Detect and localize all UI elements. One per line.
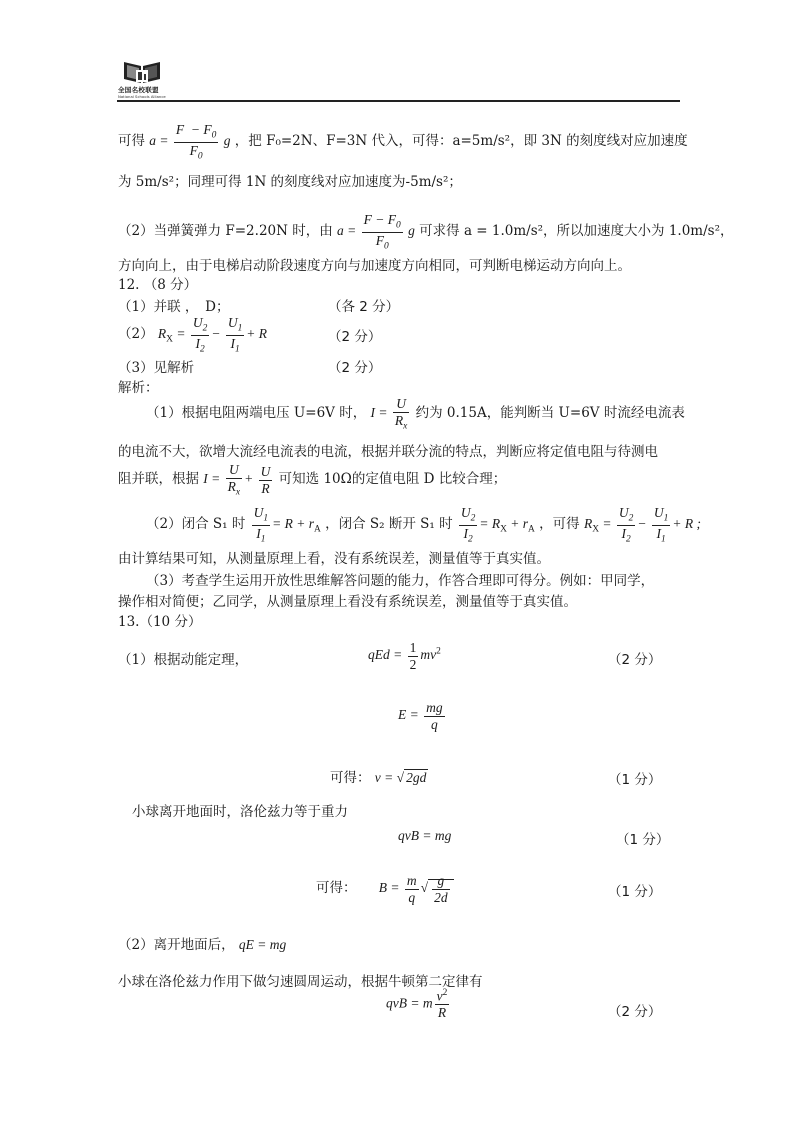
- q11-line2: 为 5m/s²；同理可得 1N 的刻度线对应加速度为-5m/s²；: [118, 170, 462, 190]
- q11-part2-line2: 方向向上，由于电梯启动阶段速度方向与加速度方向相同，可判断电梯运动方向向上。: [118, 254, 631, 274]
- eq3-line: 可得： v = √2gd: [330, 766, 428, 786]
- q13-part2: （2）离开地面后， qE = mg: [118, 933, 286, 953]
- q11-line1-text: ，把 F₀=2N、F=3N 代入，可得：a=5m/s²，即 3N 的刻度线对应加…: [235, 133, 688, 149]
- q13-part1-label: （1）根据动能定理，: [118, 648, 248, 668]
- eq5-line: 可得： B = mq√g2d: [316, 873, 454, 905]
- logo-en-text: National Schools Alliance: [118, 94, 166, 99]
- eq-field: E = mgq: [398, 700, 447, 732]
- q12-analysis-p3-line1: （3）考查学生运用开放性思维解答问题的能力，作答合理即可得分。例如：甲同学，: [146, 569, 654, 589]
- eq-kinetic-energy: qEd = 12mv2: [368, 640, 441, 672]
- analysis-label: 解析：: [118, 376, 159, 396]
- q13-title: 13.（10 分）: [118, 610, 201, 630]
- q12-analysis-p1-line3: 阻并联，根据 I = URx+ UR 可知选 10Ω的定值电阻 D 比较合理；: [118, 462, 506, 498]
- formula-accel-2: a = F − F0F0 g: [337, 223, 415, 238]
- logo: 全国名校联盟 National Schools Alliance: [118, 58, 166, 102]
- text-circular-motion: 小球在洛伦兹力作用下做匀速圆周运动，根据牛顿第二定律有: [118, 970, 483, 990]
- q12-analysis-p2: （2）闭合 S₁ 时 U1I1= R + rA ，闭合 S₂ 断开 S₁ 时 U…: [146, 505, 701, 545]
- formula-accel: a = F − F0F0 g: [149, 133, 230, 148]
- eq3-score: （1 分）: [608, 768, 661, 788]
- q12-title: 12. （8 分）: [118, 273, 197, 293]
- book-logo-icon: [122, 58, 162, 84]
- q12-answer-1: （1）并联 ， D；: [118, 295, 229, 315]
- q11-part2: （2）当弹簧弹力 F=2.20N 时，由 a = F − F0F0 g 可求得 …: [118, 212, 734, 252]
- q12-answer-1-score: （各 2 分）: [328, 295, 399, 315]
- q12-answer-2: （2） RX = U2I2− U1I1+ R: [118, 315, 267, 355]
- q12-answer-3: （3）见解析: [118, 356, 194, 376]
- q12-analysis-p1-line2: 的电流不大，欲增大流经电流表的电流，根据并联分流的特点，判断应将定值电阻与待测电: [118, 440, 658, 460]
- logo-cn-text: 全国名校联盟: [118, 85, 159, 94]
- formula-rx: RX = U2I2− U1I1+ R: [158, 326, 267, 341]
- eq6-score: （2 分）: [608, 1000, 661, 1020]
- q12-answer-2-score: （2 分）: [328, 325, 381, 345]
- eq5-score: （1 分）: [608, 880, 661, 900]
- eq1-score: （2 分）: [608, 648, 661, 668]
- eq-velocity: v = √2gd: [375, 770, 429, 785]
- eq4-score: （1 分）: [616, 828, 669, 848]
- text-leave-ground: 小球离开地面时，洛伦兹力等于重力: [132, 800, 348, 820]
- eq-magnetic-field: B = mq√g2d: [379, 880, 454, 895]
- eq-centripetal: qvB = mv2R: [386, 988, 451, 1021]
- q11-line1: 可得 a = F − F0F0 g ，把 F₀=2N、F=3N 代入，可得：a=…: [118, 122, 688, 162]
- q12-analysis-p2-line2: 由计算结果可知，从测量原理上看，没有系统误差，测量值等于真实值。: [118, 547, 550, 567]
- header-rule: [117, 100, 680, 102]
- q12-answer-3-score: （2 分）: [328, 356, 381, 376]
- q12-analysis-p3-line2: 操作相对简便；乙同学，从测量原理上看没有系统误差，测量值等于真实值。: [118, 590, 577, 610]
- eq-lorentz-gravity: qvB = mg: [398, 828, 451, 844]
- eq-qe-mg: qE = mg: [239, 937, 286, 952]
- q12-analysis-p1: （1）根据电阻两端电压 U=6V 时， I = URx 约为 0.15A，能判断…: [146, 396, 685, 432]
